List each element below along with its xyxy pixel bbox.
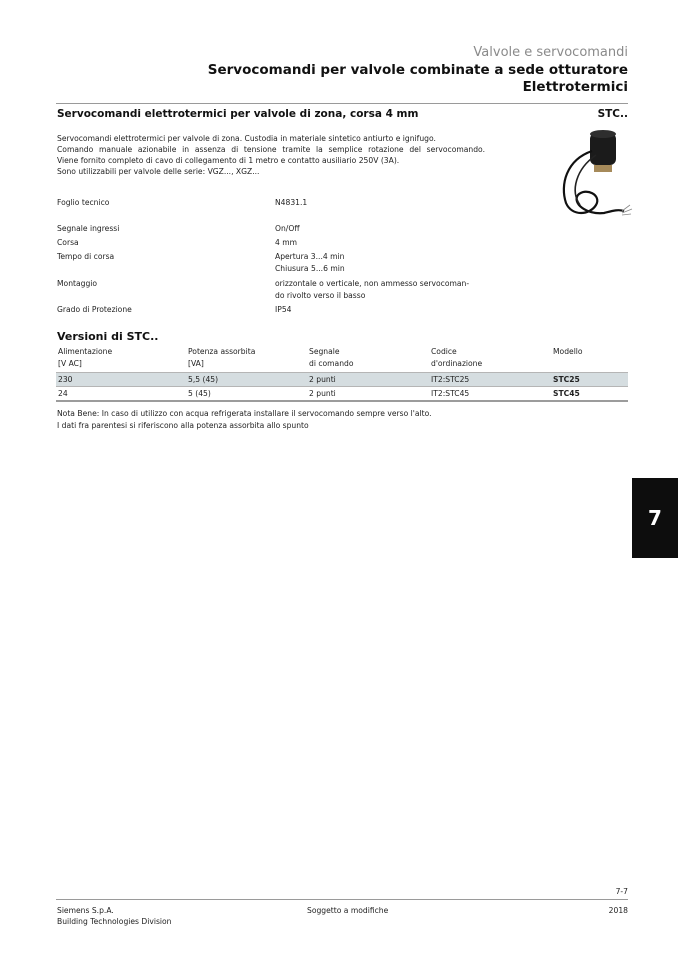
spec-value: IP54 <box>275 304 291 316</box>
table-cell: 5,5 (45) <box>188 374 218 386</box>
spec-value: On/Off <box>275 223 300 235</box>
column-header: Potenza assorbita[VA] <box>188 346 255 369</box>
spec-label: Segnale ingressi <box>57 224 119 233</box>
table-cell: 5 (45) <box>188 388 211 400</box>
footer-divider <box>56 899 628 900</box>
spec-value-line: orizzontale o verticale, non ammesso ser… <box>275 278 469 290</box>
thermoelectric-actuator-image <box>556 125 636 225</box>
note-line: I dati fra parentesi si riferiscono alla… <box>57 420 432 432</box>
table-cell-model: STC25 <box>553 374 580 386</box>
description-line: Viene fornito completo di cavo di colleg… <box>57 155 487 166</box>
table-bottom-rule <box>56 400 628 402</box>
description-line: Servocomandi elettrotermici per valvole … <box>57 133 487 144</box>
table-row: 24 5 (45) 2 punti IT2:STC45 STC45 <box>56 386 628 400</box>
chapter-tab: 7 <box>632 478 678 558</box>
notes: Nota Bene: In caso di utilizzo con acqua… <box>57 408 432 431</box>
versions-table: Alimentazione[V AC] Potenza assorbita[VA… <box>56 346 628 402</box>
table-header: Alimentazione[V AC] Potenza assorbita[VA… <box>56 346 628 372</box>
footer-year: 2018 <box>609 905 628 916</box>
section-title: Servocomandi elettrotermici per valvole … <box>57 108 418 120</box>
spec-value-line: Apertura 3...4 min <box>275 251 345 263</box>
spec-label: Grado di Protezione <box>57 305 132 314</box>
spec-label: Corsa <box>57 238 79 247</box>
versions-title: Versioni di STC.. <box>57 330 158 343</box>
spec-value: Apertura 3...4 min Chiusura 5...6 min <box>275 251 345 274</box>
column-header: Codiced'ordinazione <box>431 346 482 369</box>
spec-value-line: do rivolto verso il basso <box>275 290 469 302</box>
page-number: 7-7 <box>616 887 628 896</box>
column-header: Modello <box>553 346 583 358</box>
table-cell: 2 punti <box>309 388 336 400</box>
table-cell: IT2:STC45 <box>431 388 469 400</box>
table-cell: 24 <box>58 388 68 400</box>
table-cell: 2 punti <box>309 374 336 386</box>
company-name: Siemens S.p.A. <box>57 905 172 916</box>
header-subtitle: Elettrotermici <box>523 79 628 95</box>
footer-notice: Soggetto a modifiche <box>307 905 388 916</box>
section-divider <box>56 103 628 104</box>
table-cell: 230 <box>58 374 73 386</box>
description-line: Sono utilizzabili per valvole delle seri… <box>57 166 487 177</box>
note-line: Nota Bene: In caso di utilizzo con acqua… <box>57 408 432 420</box>
section-code: STC.. <box>598 108 628 120</box>
table-row: 230 5,5 (45) 2 punti IT2:STC25 STC25 <box>56 372 628 386</box>
header-title: Servocomandi per valvole combinate a sed… <box>208 62 628 78</box>
spec-value: orizzontale o verticale, non ammesso ser… <box>275 278 469 301</box>
spec-value-line: Chiusura 5...6 min <box>275 263 345 275</box>
description: Servocomandi elettrotermici per valvole … <box>57 133 487 177</box>
spec-label: Tempo di corsa <box>57 252 114 261</box>
column-header: Segnaledi comando <box>309 346 354 369</box>
company-division: Building Technologies Division <box>57 916 172 927</box>
column-header: Alimentazione[V AC] <box>58 346 112 369</box>
header-category: Valvole e servocomandi <box>473 45 628 60</box>
table-cell-model: STC45 <box>553 388 580 400</box>
spec-value: 4 mm <box>275 237 297 249</box>
spec-label: Foglio tecnico <box>57 198 109 207</box>
spec-label: Montaggio <box>57 279 97 288</box>
spec-value: N4831.1 <box>275 197 307 209</box>
table-cell: IT2:STC25 <box>431 374 469 386</box>
description-line: Comando manuale azionabile in assenza di… <box>57 144 485 155</box>
footer-company: Siemens S.p.A. Building Technologies Div… <box>57 905 172 927</box>
